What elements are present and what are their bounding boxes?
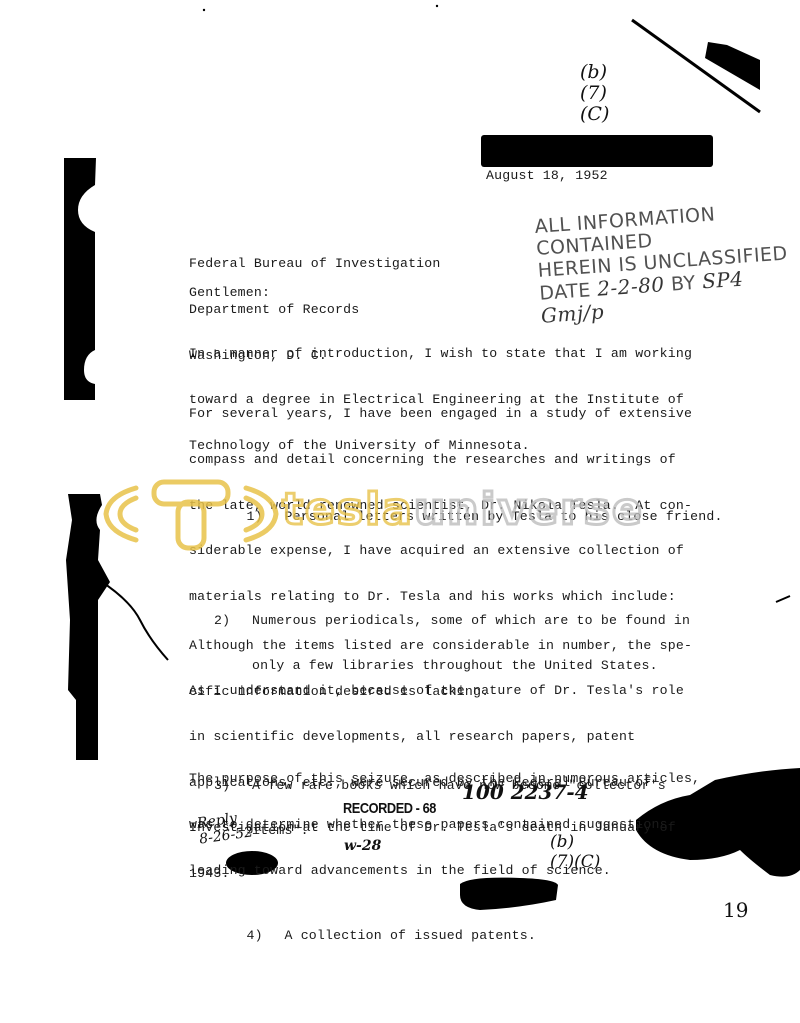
file-number: 100 2237-4 bbox=[462, 780, 589, 804]
declassification-stamp: ALL INFORMATION CONTAINED HEREIN IS UNCL… bbox=[534, 197, 800, 327]
exemption-mark: (7) bbox=[580, 83, 609, 104]
paragraph-purpose: The purpose of this seizure, as describe… bbox=[189, 741, 700, 893]
list-number: 4) bbox=[246, 928, 284, 943]
addressee-line: Federal Bureau of Investigation bbox=[189, 256, 441, 271]
watermark-logo-icon bbox=[96, 474, 296, 554]
stamp-date: 2-2-80 bbox=[596, 272, 665, 301]
text-line: was to determine whether these papers co… bbox=[189, 817, 700, 832]
text-line: For several years, I have been engaged i… bbox=[189, 406, 692, 421]
letter-date: August 18, 1952 bbox=[486, 168, 608, 183]
initials-note: w-28 bbox=[344, 838, 381, 854]
watermark-word-universe: universe bbox=[414, 484, 644, 535]
text-line: The purpose of this seizure, as describe… bbox=[189, 771, 700, 786]
exemption-mark: (C) bbox=[580, 104, 609, 125]
stamp-by-label: BY bbox=[670, 272, 696, 296]
page-number: 19 bbox=[723, 898, 748, 922]
text-line: Although the items listed are considerab… bbox=[189, 638, 692, 653]
exemption-mark: (7)(C) bbox=[550, 852, 600, 872]
exemption-mark: (b) bbox=[550, 832, 600, 852]
salutation: Gentlemen: bbox=[189, 285, 270, 300]
list-text: A collection of issued patents. bbox=[284, 928, 536, 943]
exemption-marks-bottom: (b) (7)(C) bbox=[550, 832, 600, 872]
addressee-line: Department of Records bbox=[189, 302, 441, 317]
watermark-word-tesla: tesla bbox=[282, 484, 414, 535]
text-line: In a manner of introduction, I wish to s… bbox=[189, 346, 692, 361]
text-line: As I understand it, because of the natur… bbox=[189, 683, 684, 698]
redaction-bar-top bbox=[481, 135, 713, 167]
watermark-text: teslauniverse bbox=[282, 484, 644, 535]
recorded-stamp: RECORDED - 68 bbox=[343, 800, 436, 817]
list-item: 4)A collection of issued patents. bbox=[214, 912, 723, 958]
exemption-marks-top: (b) (7) (C) bbox=[580, 62, 609, 125]
text-line: leading toward advancements in the field… bbox=[189, 863, 700, 878]
exemption-mark: (b) bbox=[580, 62, 609, 83]
